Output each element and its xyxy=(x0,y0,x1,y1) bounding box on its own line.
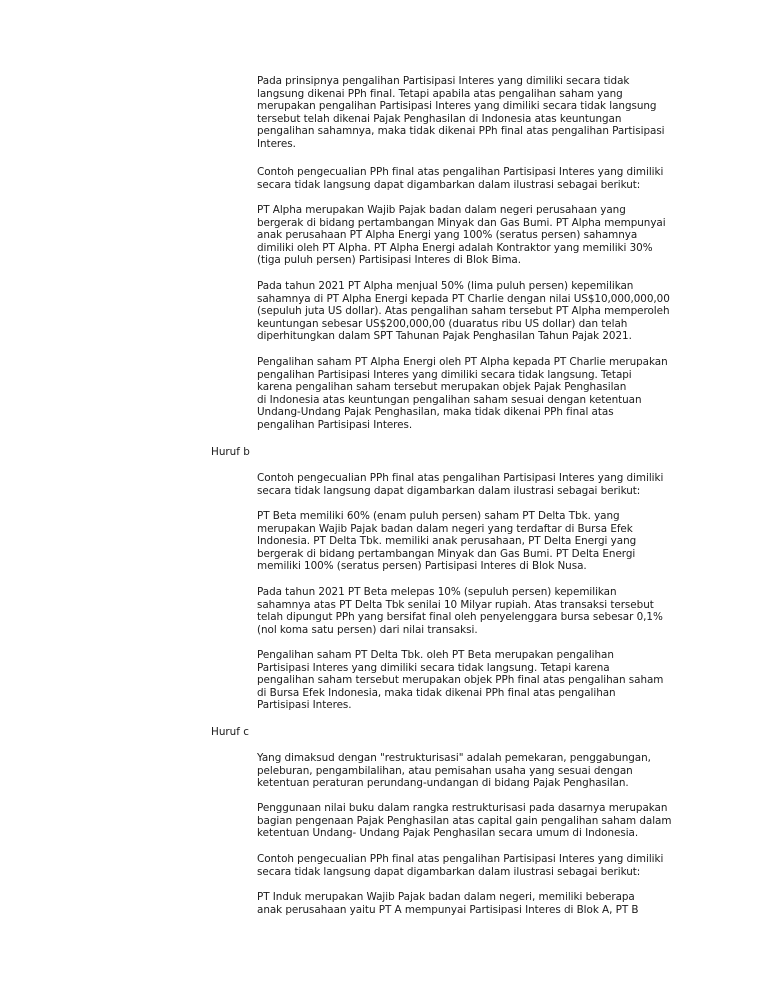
text-line: secara tidak langsung dapat digambarkan … xyxy=(257,485,689,498)
text-line: keuntungan sebesar US$200,000,00 (duarat… xyxy=(257,318,689,331)
text-line: PT Alpha merupakan Wajib Pajak badan dal… xyxy=(257,204,689,217)
paragraph-pt-induk-profile: PT Induk merupakan Wajib Pajak badan dal… xyxy=(257,891,689,916)
text-line: Pada tahun 2021 PT Alpha menjual 50% (li… xyxy=(257,280,689,293)
text-line: dimiliki oleh PT Alpha. PT Alpha Energi … xyxy=(257,242,689,255)
text-line: pengalihan Partisipasi Interes. xyxy=(257,419,689,432)
text-line: di Indonesia atas keuntungan pengalihan … xyxy=(257,394,689,407)
text-line: diperhitungkan dalam SPT Tahunan Pajak P… xyxy=(257,330,689,343)
text-line: karena pengalihan saham tersebut merupak… xyxy=(257,381,689,394)
text-line: secara tidak langsung dapat digambarkan … xyxy=(257,866,689,879)
text-line: Pada tahun 2021 PT Beta melepas 10% (sep… xyxy=(257,586,689,599)
text-line: langsung dikenai PPh final. Tetapi apabi… xyxy=(257,88,689,101)
text-line: pengalihan Partisipasi Interes yang dimi… xyxy=(257,369,689,382)
section-label-huruf-c: Huruf c xyxy=(211,726,249,739)
text-line: Partisipasi Interes. xyxy=(257,699,689,712)
text-line: (nol koma satu persen) dari nilai transa… xyxy=(257,624,689,637)
text-line: Penggunaan nilai buku dalam rangka restr… xyxy=(257,802,689,815)
text-line: ketentuan peraturan perundang-undangan d… xyxy=(257,777,689,790)
text-line: memiliki 100% (seratus persen) Partisipa… xyxy=(257,560,689,573)
text-line: Undang-Undang Pajak Penghasilan, maka ti… xyxy=(257,406,689,419)
paragraph-book-value: Penggunaan nilai buku dalam rangka restr… xyxy=(257,802,689,840)
paragraph-pt-alpha-profile: PT Alpha merupakan Wajib Pajak badan dal… xyxy=(257,204,689,267)
text-line: Indonesia. PT Delta Tbk. memiliki anak p… xyxy=(257,535,689,548)
text-line: anak perusahaan PT Alpha Energi yang 100… xyxy=(257,229,689,242)
paragraph-example-intro-c: Contoh pengecualian PPh final atas penga… xyxy=(257,853,689,878)
text-line: Contoh pengecualian PPh final atas penga… xyxy=(257,853,689,866)
text-line: PT Beta memiliki 60% (enam puluh persen)… xyxy=(257,510,689,523)
text-line: merupakan Wajib Pajak badan dalam negeri… xyxy=(257,523,689,536)
text-line: pengalihan sahamnya, maka tidak dikenai … xyxy=(257,125,689,138)
text-line: Pada prinsipnya pengalihan Partisipasi I… xyxy=(257,75,689,88)
section-label-huruf-b: Huruf b xyxy=(211,446,250,459)
text-line: di Bursa Efek Indonesia, maka tidak dike… xyxy=(257,687,689,700)
text-line: Contoh pengecualian PPh final atas penga… xyxy=(257,472,689,485)
paragraph-pt-alpha-sale: Pada tahun 2021 PT Alpha menjual 50% (li… xyxy=(257,280,689,343)
text-line: Interes. xyxy=(257,138,689,151)
text-line: merupakan pengalihan Partisipasi Interes… xyxy=(257,100,689,113)
text-line: bergerak di bidang pertambangan Minyak d… xyxy=(257,217,689,230)
paragraph-example-intro-b: Contoh pengecualian PPh final atas penga… xyxy=(257,472,689,497)
paragraph-pt-beta-conclusion: Pengalihan saham PT Delta Tbk. oleh PT B… xyxy=(257,649,689,712)
text-line: tersebut telah dikenai Pajak Penghasilan… xyxy=(257,113,689,126)
text-line: PT Induk merupakan Wajib Pajak badan dal… xyxy=(257,891,689,904)
text-line: Partisipasi Interes yang dimiliki secara… xyxy=(257,662,689,675)
text-line: bagian pengenaan Pajak Penghasilan atas … xyxy=(257,815,689,828)
document-page: Pada prinsipnya pengalihan Partisipasi I… xyxy=(0,0,770,1000)
paragraph-principle: Pada prinsipnya pengalihan Partisipasi I… xyxy=(257,75,689,151)
paragraph-pt-alpha-conclusion: Pengalihan saham PT Alpha Energi oleh PT… xyxy=(257,356,689,432)
text-line: Contoh pengecualian PPh final atas penga… xyxy=(257,166,689,179)
paragraph-pt-beta-sale: Pada tahun 2021 PT Beta melepas 10% (sep… xyxy=(257,586,689,636)
text-line: ketentuan Undang- Undang Pajak Penghasil… xyxy=(257,827,689,840)
text-line: sahamnya di PT Alpha Energi kepada PT Ch… xyxy=(257,293,689,306)
text-line: peleburan, pengambilalihan, atau pemisah… xyxy=(257,765,689,778)
text-line: (sepuluh juta US dollar). Atas pengaliha… xyxy=(257,305,689,318)
text-line: secara tidak langsung dapat digambarkan … xyxy=(257,179,689,192)
text-line: (tiga puluh persen) Partisipasi Interes … xyxy=(257,254,689,267)
text-line: Pengalihan saham PT Delta Tbk. oleh PT B… xyxy=(257,649,689,662)
paragraph-pt-beta-profile: PT Beta memiliki 60% (enam puluh persen)… xyxy=(257,510,689,573)
text-line: bergerak di bidang pertambangan Minyak d… xyxy=(257,548,689,561)
text-line: sahamnya atas PT Delta Tbk senilai 10 Mi… xyxy=(257,599,689,612)
paragraph-restructuring-definition: Yang dimaksud dengan "restrukturisasi" a… xyxy=(257,752,689,790)
text-line: Yang dimaksud dengan "restrukturisasi" a… xyxy=(257,752,689,765)
paragraph-example-intro-a: Contoh pengecualian PPh final atas penga… xyxy=(257,166,689,191)
text-line: anak perusahaan yaitu PT A mempunyai Par… xyxy=(257,904,689,917)
text-line: telah dipungut PPh yang bersifat final o… xyxy=(257,611,689,624)
text-line: pengalihan saham tersebut merupakan obje… xyxy=(257,674,689,687)
text-line: Pengalihan saham PT Alpha Energi oleh PT… xyxy=(257,356,689,369)
